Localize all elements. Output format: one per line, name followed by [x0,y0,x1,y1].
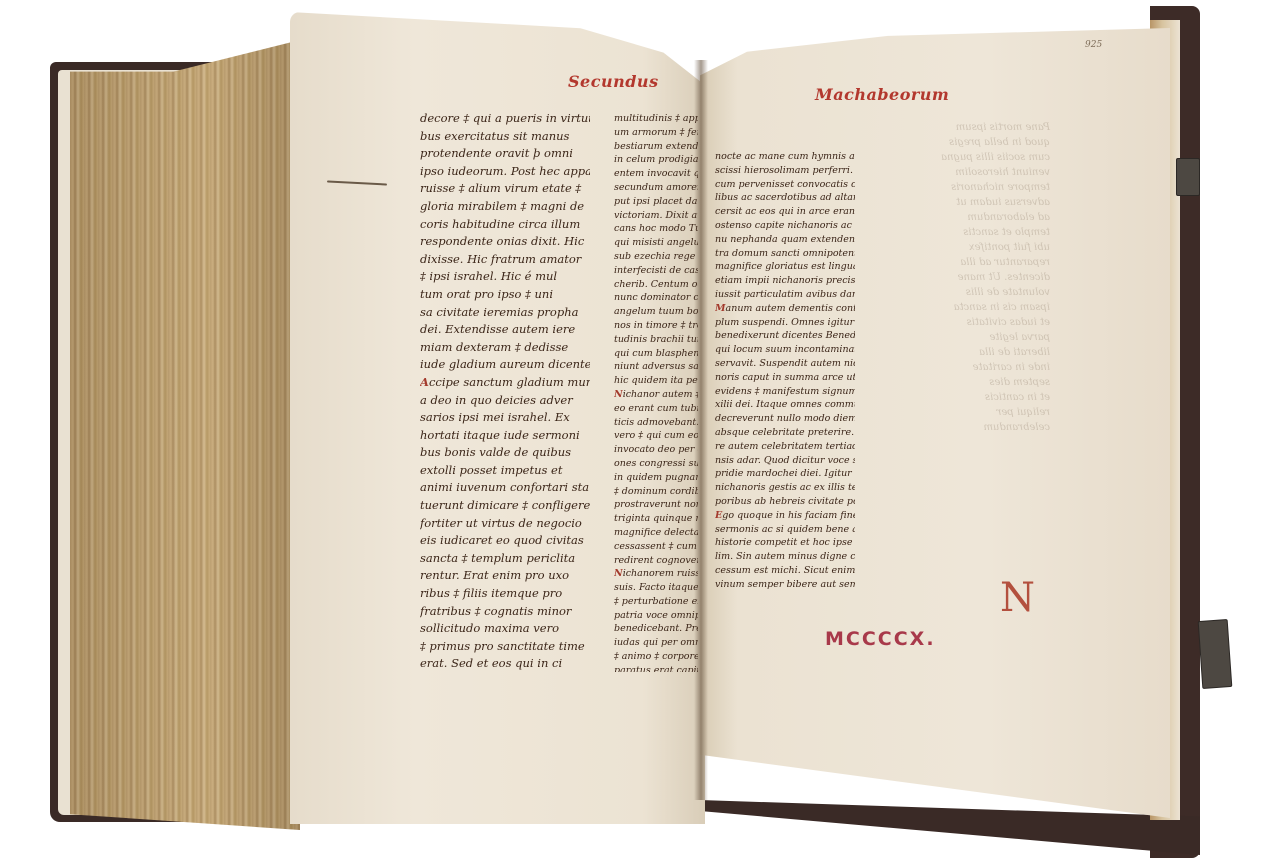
manuscript-line: magnifice gloriatus est linguam [715,260,855,274]
manuscript-line: Nichanorem ruisse cum [614,567,698,581]
manuscript-line: um armorum ‡ ferocitatem [614,126,698,140]
manuscript-line: re autem celebritatem tertiadecima die m… [715,440,855,454]
manuscript-line: vero ‡ qui cum eo erant [614,429,698,443]
manuscript-line: nos in timore ‡ tremore [614,319,698,333]
manuscript-line: ones congressi sunt [614,457,698,471]
manuscript-line: ‡ ipsi israhel. Hic é mul [420,268,590,286]
manuscript-line: cessassent ‡ cum gaudio [614,540,698,554]
rubricated-initial: M [715,303,726,314]
manuscript-line: cersit ac eos qui in arce erant. Et [715,205,855,219]
manuscript-line: triginta quinque milia presentia [614,512,698,526]
manuscript-line: qui misisti angelum tuum [614,236,698,250]
manuscript-line: interfecisti de castris sena [614,264,698,278]
manuscript-line: prostraverunt non minus [614,498,698,512]
manuscript-line: animi iuvenum confortari sta [420,479,590,497]
manuscript-line: etiam impii nichanoris precisam [715,274,855,288]
manuscript-line: hic quidem ita peroravit [614,374,698,388]
manuscript-line: servavit. Suspendit autem nicha [715,357,855,371]
upper-clasp [1176,158,1200,196]
manuscript-line: tum orat pro ipso ‡ uni [420,286,590,304]
manuscript-line: sermonis ac si quidem bene ac ut [715,523,855,537]
manuscript-line: vinum semper bibere aut semper [715,578,855,590]
manuscript-line: lim. Sin autem minus digne con [715,550,855,564]
folio-number: 925 [1085,40,1102,50]
manuscript-line: tra domum sancti omnipotentis [715,247,855,261]
manuscript-line: evidens ‡ manifestum signum au [715,385,855,399]
lower-clasp [1198,619,1233,689]
manuscript-line: victoriam. Dixit autem invo [614,209,698,223]
rubricated-initial: A [420,375,429,389]
manuscript-line: historie competit et hoc ipse ve [715,536,855,550]
right-column-a: nocte ac mane cum hymnis abscissi hieros… [715,150,855,590]
manuscript-line: tuerunt dimicare ‡ confligere [420,497,590,515]
manuscript-line: coris habitudine circa illum [420,216,590,234]
manuscript-line: dei. Extendisse autem iere [420,321,590,339]
manuscript-line: magnifice delectati. Cum [614,526,698,540]
manuscript-line: put ipsi placet dat [614,195,698,209]
manuscript-line: tudinis brachii tui metuant [614,333,698,347]
manuscript-line: redirent cognoverunt [614,554,698,568]
manuscript-line: ‡ animo ‡ corpore [614,650,698,664]
left-running-head: Secundus [568,72,659,91]
manuscript-line: in celum prodigia faci [614,153,698,167]
manuscript-line: Ego quoque in his faciam finem [715,509,855,523]
manuscript-line: Accipe sanctum gladium munus [420,374,590,392]
show-through-text: Pane mortis ipsum quod in bella pregis c… [880,120,1050,620]
colophon-date: MCCCCX. [825,628,936,650]
manuscript-line: suis. Facto itaque clamore [614,581,698,595]
manuscript-line: qui cum blasphemia ve [614,347,698,361]
manuscript-line: hortati itaque iude sermoni [420,427,590,445]
manuscript-line: miam dexteram ‡ dedisse [420,339,590,357]
page-block-shading [70,40,300,830]
manuscript-line: paratus erat capite [614,664,698,672]
manuscript-line: nunc dominator celorum [614,291,698,305]
manuscript-line: ‡ perturbatione excitata [614,595,698,609]
manuscript-line: plum suspendi. Omnes igitur omnium [715,316,855,330]
manuscript-line: libus ac sacerdotibus ad altare ac [715,191,855,205]
rubricated-initial: N [614,568,623,579]
manuscript-line: multitudinis ‡ apparatum [614,112,698,126]
manuscript-line: rentur. Erat enim pro uxo [420,567,590,585]
manuscript-line: entem invocavit qui [614,167,698,181]
rubricated-initial: N [614,389,623,400]
manuscript-line: gloria mirabilem ‡ magni de [420,198,590,216]
manuscript-line: cum pervenisset convocatis contribu [715,178,855,192]
spine-gutter [694,60,708,800]
manuscript-line: nocte ac mane cum hymnis ab [715,150,855,164]
manuscript-line: ribus ‡ filiis itemque pro [420,585,590,603]
manuscript-line: sa civitate ieremias propha [420,304,590,322]
manuscript-line: nu nephanda quam extendens con [715,233,855,247]
manuscript-line: protendente oravit þ omni [420,145,590,163]
manuscript-line: bestiarum extendens manus [614,140,698,154]
manuscript-line: sancta ‡ templum periclita [420,550,590,568]
manuscript-line: ipso iudeorum. Post hec appa [420,163,590,181]
manuscript-line: iude gladium aureum dicente [420,356,590,374]
manuscript-line: ruisse ‡ alium virum etate ‡ [420,180,590,198]
manuscript-line: iussit particulatim avibus dari [715,288,855,302]
manuscript-line: angelum tuum bonum ante [614,305,698,319]
manuscript-line: Nichanor autem ‡ qui cum [614,388,698,402]
manuscript-line: a deo in quo deicies adver [420,392,590,410]
manuscript-line: ‡ primus pro sanctitate time [420,638,590,656]
manuscript-line: bus bonis valde de quibus [420,444,590,462]
manuscript-line: dixisse. Hic fratrum amator [420,251,590,269]
manuscript-line: invocato deo per orati [614,443,698,457]
manuscript-line: respondente onias dixit. Hic [420,233,590,251]
manuscript-line: eis iudicaret eo quod civitas [420,532,590,550]
rubricated-initial: E [715,510,722,521]
manuscript-line: scissi hierosolimam perferri. Quo [715,164,855,178]
manuscript-line: sarios ipsi mei israhel. Ex [420,409,590,427]
manuscript-line: benedixerunt dicentes Benedictus [715,329,855,343]
manuscript-line: cherib. Centum octoginta [614,278,698,292]
manuscript-line: nichanoris gestis ac ex illis tem [715,481,855,495]
manuscript-line: fratribus ‡ cognatis minor [420,603,590,621]
manuscript-line: fortiter ut virtus de negocio [420,515,590,533]
left-column-a: decore ‡ qui a pueris in virtutibus exer… [420,110,590,670]
manuscript-line: niunt adversus sanctum populum [614,360,698,374]
manuscript-line: sollicitudo maxima vero [420,620,590,638]
manuscript-line: secundum amorem potentiam [614,181,698,195]
manuscript-line: absque celebritate preterire. Habe [715,426,855,440]
manuscript-line: bus exercitatus sit manus [420,128,590,146]
manuscript-line: eo erant cum tubis ‡ can [614,402,698,416]
manuscript-line: poribus ab hebreis civitate possessa [715,495,855,509]
left-column-b: multitudinis ‡ apparatumum armorum ‡ fer… [614,112,698,672]
manuscript-line: cans hoc modo Tu domine [614,222,698,236]
manuscript-line: cessum est michi. Sicut enim [715,564,855,578]
manuscript-line: noris caput in summa arce ut esset [715,371,855,385]
manuscript-line: ‡ dominum cordibus orantes [614,485,698,499]
manuscript-line: pridie mardochei diei. Igitur his gestis [715,467,855,481]
manuscript-line: patria voce omnipotentem [614,609,698,623]
manuscript-line: decreverunt nullo modo diem istum [715,412,855,426]
manuscript-line: decore ‡ qui a pueris in virtuti [420,110,590,128]
manuscript-line: erat. Sed et eos qui in ci [420,655,590,670]
manuscript-line: extolli posset impetus et [420,462,590,480]
decorated-initial: N [1000,575,1035,621]
right-running-head: Machabeorum [815,85,949,104]
manuscript-line: xilii dei. Itaque omnes communi consilio [715,398,855,412]
manuscript-line: Manum autem dementis contra tem [715,302,855,316]
manuscript-line: nsis adar. Quod dicitur voce syriaca [715,454,855,468]
manuscript-line: sub ezechia rege iuda et [614,250,698,264]
manuscript-line: iudas qui per omnia [614,636,698,650]
manuscript-line: ostenso capite nichanoris ac ma [715,219,855,233]
manuscript-line: ticis admovebant. Iudas [614,416,698,430]
manuscript-line: qui locum suum incontaminatum con [715,343,855,357]
manuscript-line: benedicebant. Precepit autem [614,622,698,636]
manuscript-line: in quidem pugnantes [614,471,698,485]
